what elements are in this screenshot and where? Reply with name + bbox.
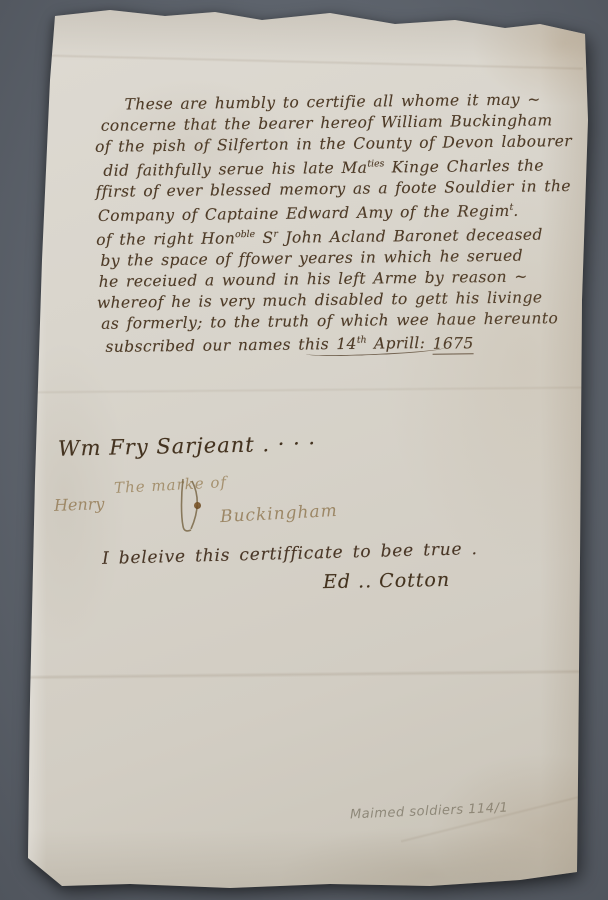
marker-surname: Buckingham [220,501,339,527]
paper-sheet-wrapper: These are humbly to certifie all whome i… [18,8,592,892]
ink-blot [194,502,201,509]
signature-wm-fry: Wm Fry Sarjeant . · · · [58,431,317,460]
buckingham-mark-icon [168,476,210,538]
photograph-of-document: These are humbly to certifie all whome i… [0,0,608,900]
marker-first-name: Henry [54,494,105,515]
endorsement-text: I beleive this certifficate to bee true … [102,539,478,569]
manuscript-paper: These are humbly to certifie all whome i… [18,8,592,892]
archive-reference-note: Maimed soldiers 114/1 [350,801,509,823]
paper-crease [24,386,584,395]
endorser-signature: Ed .. Cotton [323,569,450,593]
paper-crease [38,53,583,70]
body-text: These are humbly to certifie all whome i… [94,89,567,358]
paper-fold-crease [18,669,588,680]
